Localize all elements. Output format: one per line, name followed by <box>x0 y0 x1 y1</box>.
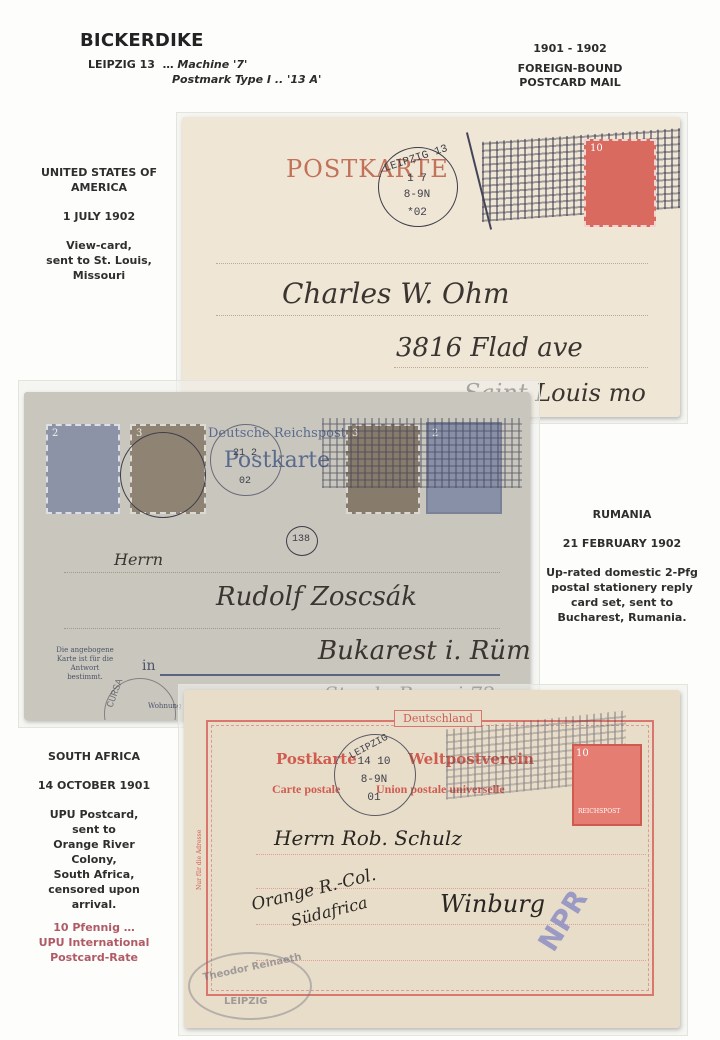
postcard-usa: POSTKARTE LEIPZIG 13 1 7 8-9N *02 10 Cha… <box>182 117 680 417</box>
subtitle-postmark-type: Postmark Type I .. '13 A' <box>172 73 321 86</box>
address-side-note: Nur für die Adresse <box>196 830 203 890</box>
postmark-date: 1 7 <box>392 173 442 185</box>
caption-description: Up-rated domestic 2-Pfg <box>532 565 712 580</box>
header-right: 1901 - 1902 FOREIGN-BOUND POSTCARD MAIL <box>500 42 640 90</box>
caption-description: South Africa, <box>24 867 164 882</box>
caption-description: postal stationery reply <box>532 580 712 595</box>
caption-description: arrival. <box>24 897 164 912</box>
address-line <box>216 315 648 316</box>
deutschland-banner: Deutschland <box>394 710 482 727</box>
carte-postale-label: Carte postale <box>272 782 340 797</box>
subtitle-machine: LEIPZIG 13 … Machine '7' <box>88 58 247 71</box>
caption-description: sent to St. Louis, <box>24 253 174 268</box>
postmark-year: 02 <box>220 476 270 487</box>
address-line <box>256 960 646 961</box>
caption-description: UPU Postcard, <box>24 807 164 822</box>
stamp-value: 2 <box>52 428 58 439</box>
postmark-time: 8-9N <box>392 189 442 201</box>
stamp-label: REICHSPOST <box>578 808 620 815</box>
subtitle-location: LEIPZIG 13 … <box>88 58 177 71</box>
postmark-year: *02 <box>392 207 442 219</box>
sender-stamp-city: LEIPZIG <box>224 996 267 1007</box>
caption-destination: SOUTH AFRICA <box>24 749 164 764</box>
category-line-1: FOREIGN-BOUND <box>500 62 640 76</box>
reply-note-line: Die angebogene <box>40 646 130 655</box>
reply-note-line: Antwort <box>40 664 130 673</box>
postmark-time: 8-9N <box>349 774 399 786</box>
addressee-name: Charles W. Ohm <box>282 277 510 310</box>
caption-date: 1 JULY 1902 <box>24 209 174 224</box>
caption-description: Bucharest, Rumania. <box>532 610 712 625</box>
subtitle-machine-type: Machine '7' <box>177 58 247 71</box>
caption-date: 14 OCTOBER 1901 <box>24 778 164 793</box>
address-line <box>216 263 648 264</box>
postcard-south-africa: Deutschland Postkarte Weltpostverein Car… <box>184 690 680 1028</box>
address-street: 3816 Flad ave <box>396 333 583 363</box>
caption-description: View-card, <box>24 238 174 253</box>
caption-destination: RUMANIA <box>532 507 712 522</box>
sender-stamp: Theodor Reinaeth LEIPZIG <box>188 952 312 1020</box>
postcard-rumania: Deutsche Reichspost Postkarte 2 3 3 2 21… <box>24 392 530 720</box>
caption-description: Missouri <box>24 268 174 283</box>
reply-note-line: Karte ist für die <box>40 655 130 664</box>
salutation: Herrn <box>114 550 163 569</box>
postmark-leipzig <box>120 432 206 518</box>
address-city: Bukarest i. Rüm. <box>318 636 530 666</box>
address-line <box>256 854 646 855</box>
caption-description: censored upon <box>24 882 164 897</box>
in-label: in <box>142 658 156 674</box>
caption-description: Orange River <box>24 837 164 852</box>
caption-description: Colony, <box>24 852 164 867</box>
page-title: BICKERDIKE <box>80 30 204 51</box>
transit-mark-number: 138 <box>286 534 316 545</box>
address-line <box>64 572 500 573</box>
caption-description: card set, sent to <box>532 595 712 610</box>
addressee-name: Herrn Rob. Schulz <box>274 826 462 850</box>
postmark-date: 14 10 <box>349 756 399 768</box>
address-line <box>394 367 648 368</box>
caption-destination: UNITED STATES OF <box>24 165 174 180</box>
rate-note: Postcard-Rate <box>24 950 164 965</box>
stamp-value: 10 <box>576 748 589 759</box>
address-line <box>64 628 500 629</box>
postmark-year: 01 <box>349 792 399 804</box>
stamp-value: 10 <box>590 143 603 154</box>
rate-note: UPU International <box>24 935 164 950</box>
sender-stamp-name: Theodor Reinaeth <box>202 952 303 984</box>
caption-date: 21 FEBRUARY 1902 <box>532 536 712 551</box>
category-line-2: POSTCARD MAIL <box>500 76 640 90</box>
caption-destination: AMERICA <box>24 180 174 195</box>
caption-description: sent to <box>24 822 164 837</box>
caption-rumania: RUMANIA 21 FEBRUARY 1902 Up-rated domest… <box>532 507 712 625</box>
rate-note: 10 Pfennig … <box>24 920 164 935</box>
flag-cancel-icon <box>322 418 522 488</box>
address-city: Winburg <box>440 890 545 918</box>
year-range: 1901 - 1902 <box>500 42 640 56</box>
destination-rule <box>160 674 500 676</box>
caption-usa: UNITED STATES OF AMERICA 1 JULY 1902 Vie… <box>24 165 174 283</box>
caption-south-africa: SOUTH AFRICA 14 OCTOBER 1901 UPU Postcar… <box>24 749 164 965</box>
postmark-date: 21 2 <box>220 448 270 459</box>
addressee-name: Rudolf Zoscsák <box>216 582 417 612</box>
